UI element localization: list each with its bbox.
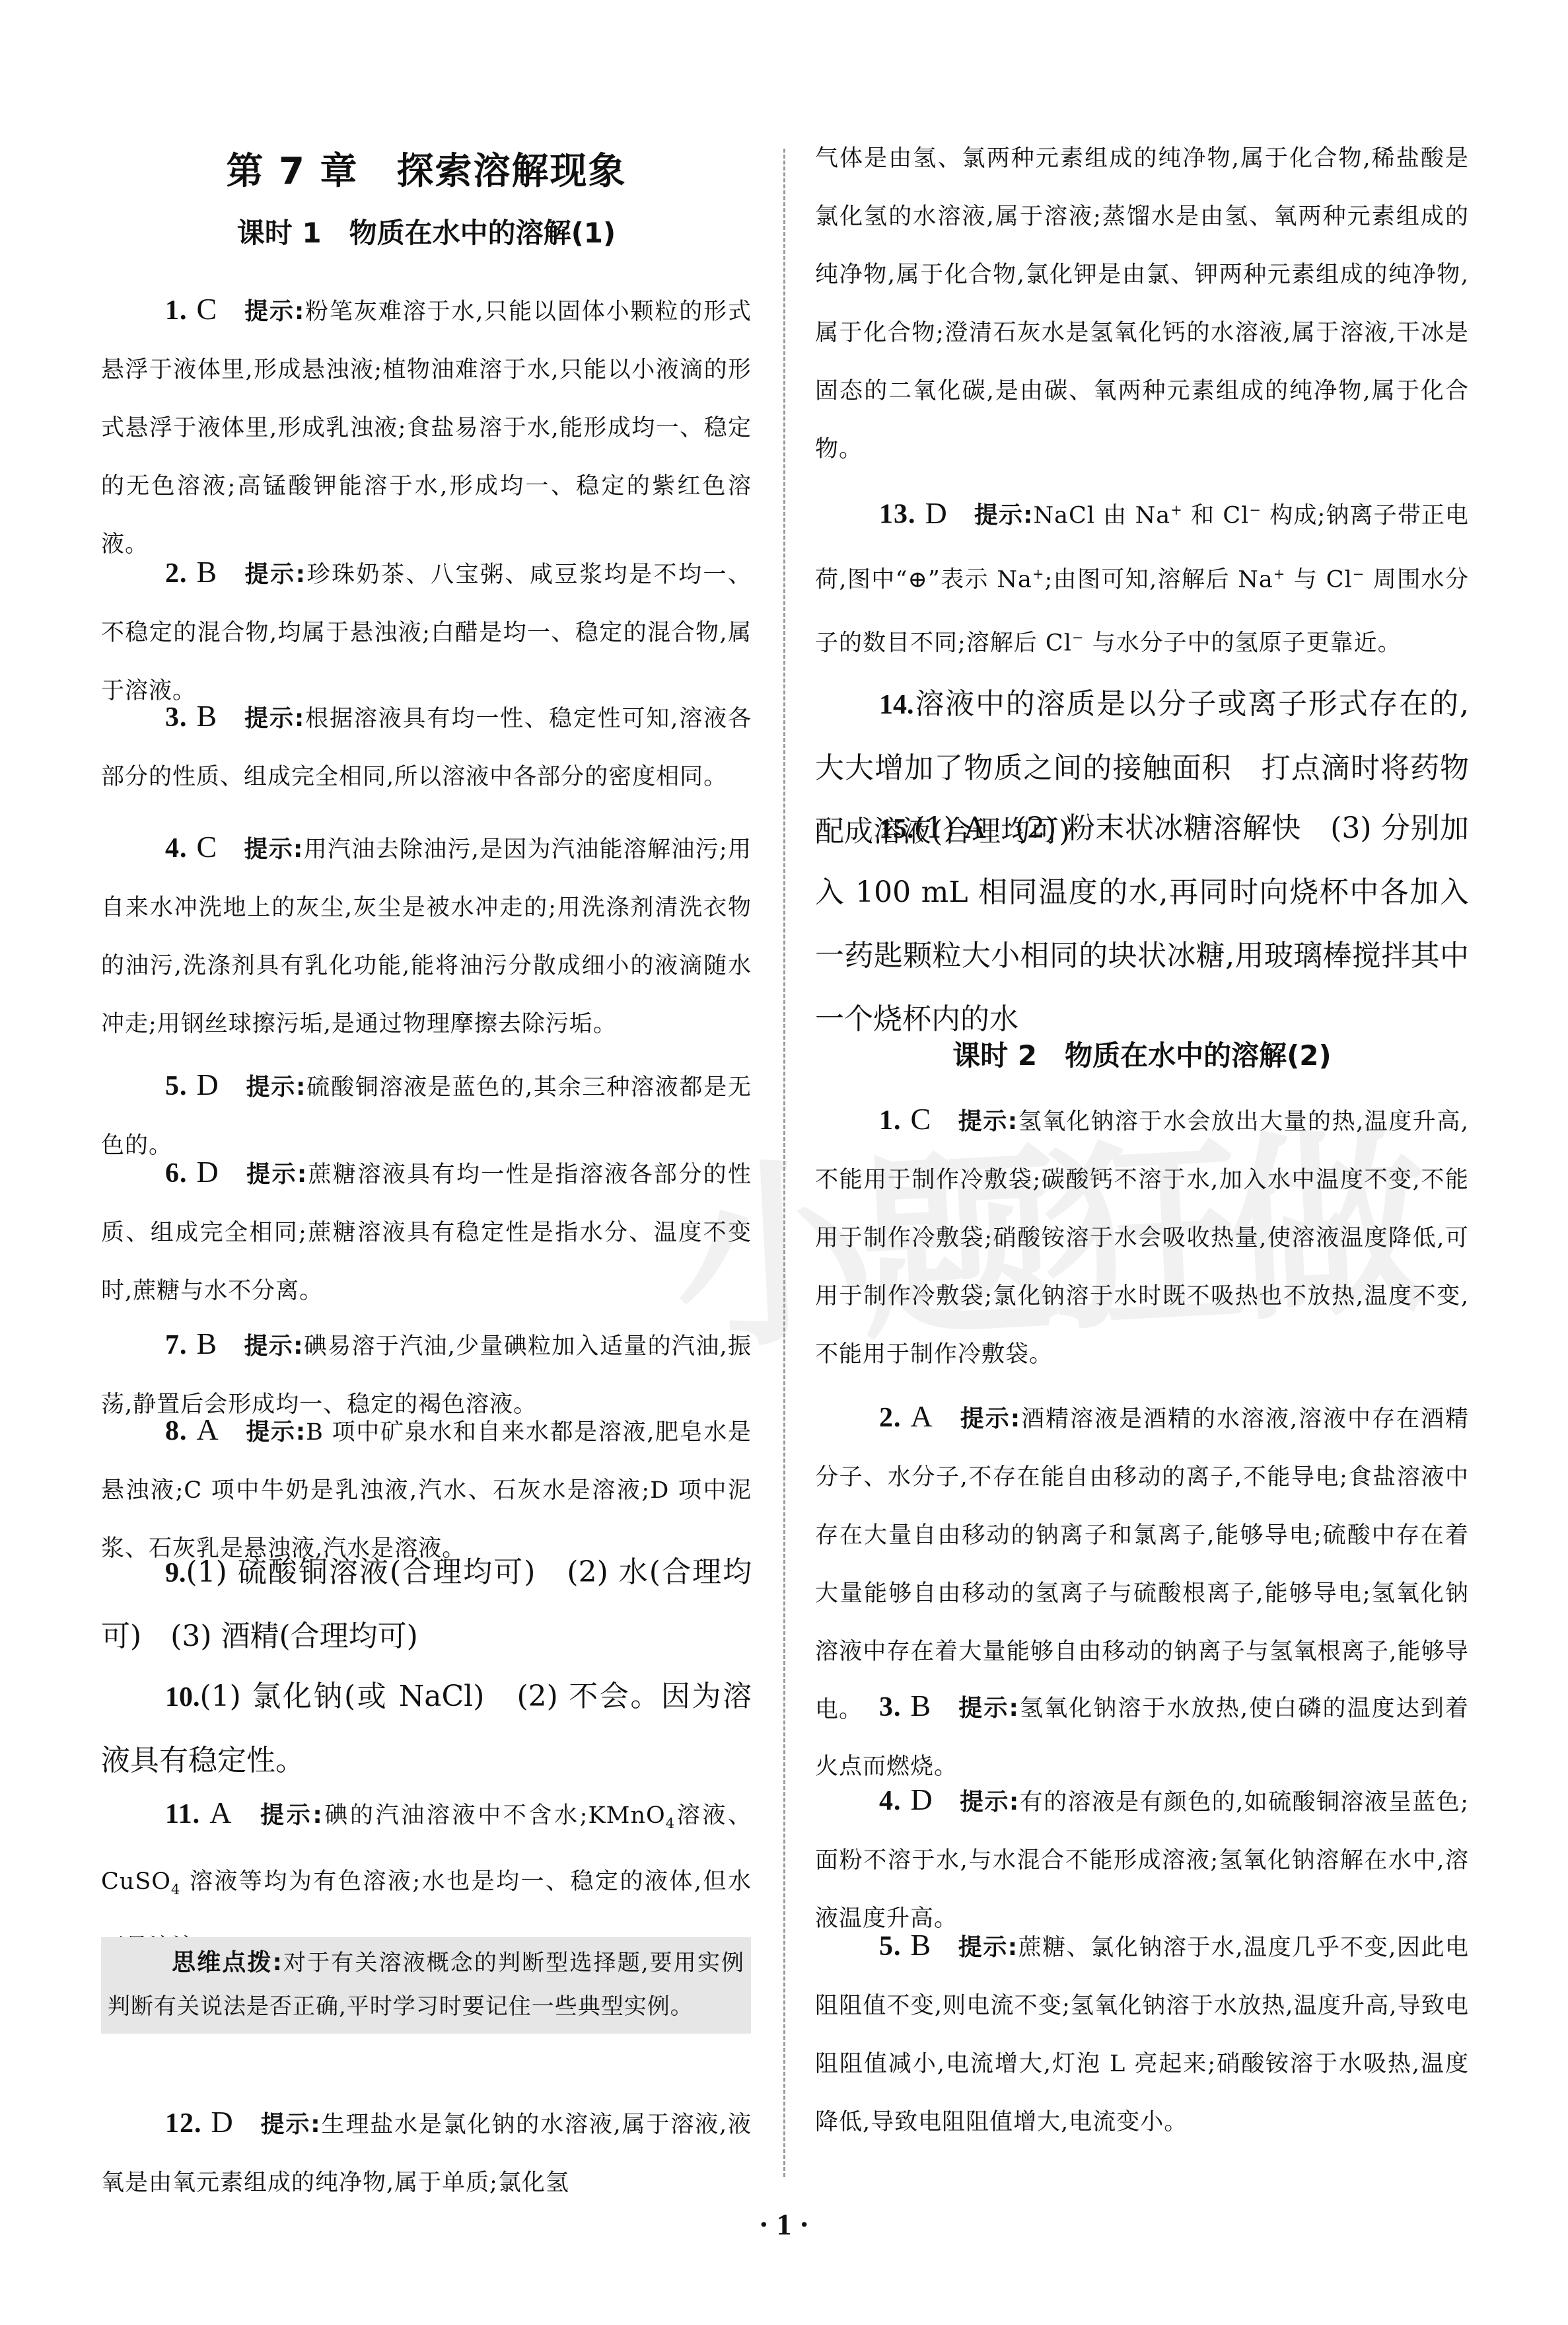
answer-item-9: 9.(1) 硫酸铜溶液(合理均可) (2) 水(合理均可) (3) 酒精(合理均… [101, 1541, 752, 1668]
item-answer: B [911, 1928, 932, 1962]
hint-label: 提示: [246, 1161, 308, 1188]
item-number: 14. [879, 690, 914, 720]
item-number: 3. [165, 702, 188, 733]
hint-label: 提示: [244, 836, 303, 863]
item-number: 2. [879, 1403, 902, 1433]
item-answer: A [911, 1399, 933, 1433]
item-number: 1. [165, 295, 188, 326]
item-number: 10. [165, 1682, 200, 1713]
lesson-1-title: 课时 1 物质在水中的溶解(1) [101, 211, 752, 251]
superscript: + [1170, 502, 1183, 518]
item-number: 13. [879, 499, 916, 530]
hint-label: 提示: [244, 1333, 303, 1360]
superscript: + [1273, 566, 1286, 582]
answer-item-3: 3.B提示:根据溶液具有均一性、稳定性可知,溶液各部分的性质、组成完全相同,所以… [101, 687, 752, 806]
item-number: 7. [165, 1330, 188, 1360]
subscript: 4 [171, 1882, 180, 1898]
item-number: 5. [879, 1931, 902, 1962]
item-answer: B [197, 555, 218, 589]
item-answer: D [211, 2105, 234, 2139]
answer-item-1: 1.C提示:粉笔灰难溶于水,只能以固体小颗粒的形式悬浮于液体里,形成悬浊液;植物… [101, 280, 752, 573]
item-answer: A [209, 1796, 232, 1829]
item-number: 2. [165, 558, 188, 589]
item-answer: C [911, 1102, 932, 1136]
item-number: 4. [879, 1786, 902, 1816]
subscript: 4 [666, 1816, 675, 1831]
answer-item-4: 4.C提示:用汽油去除油污,是因为汽油能溶解油污;用自来水冲洗地上的灰尘,灰尘是… [101, 818, 752, 1053]
hint-text: ;由图可知,溶解后 Na [1044, 566, 1273, 593]
item-number: 6. [165, 1158, 188, 1189]
item-answer: C [197, 830, 218, 864]
item-answer: C [197, 292, 218, 326]
lesson2-answer-item-5: 5.B提示:蔗糖、氯化钠溶于水,温度几乎不变,因此电阻阻值不变,则电流不变;氢氧… [815, 1916, 1469, 2151]
superscript: + [1032, 566, 1045, 582]
item-number: 8. [165, 1416, 188, 1446]
hint-label: 提示: [960, 1789, 1020, 1816]
document-page: 小题狂做 第 7 章 探索溶解现象 课时 1 物质在水中的溶解(1) 1.C提示… [0, 0, 1568, 2325]
item-answer: B [911, 1689, 932, 1722]
item-number: 1. [879, 1105, 902, 1136]
thinking-tip-box: 思维点拨:对于有关溶液概念的判断型选择题,要用实例判断有关说法是否正确,平时学习… [101, 1937, 751, 2034]
answer-item-13: 13.D提示:NaCl 由 Na+ 和 Cl− 构成;钠离子带正电荷,图中“⊕”… [815, 481, 1469, 673]
answer-item-6: 6.D提示:蔗糖溶液具有均一性是指溶液各部分的性质、组成完全相同;蔗糖溶液具有稳… [101, 1143, 752, 1320]
hint-text: NaCl 由 Na [1034, 503, 1171, 529]
item-number: 9. [165, 1558, 186, 1588]
hint-label: 提示: [244, 705, 304, 732]
item-text: (1) A (2) 粉末状冰糖溶解快 (3) 分别加入 100 mL 相同温度的… [815, 811, 1469, 1036]
answer-item-10: 10.(1) 氯化钠(或 NaCl) (2) 不会。因为溶液具有稳定性。 [101, 1665, 752, 1792]
hint-text: 蔗糖、氯化钠溶于水,温度几乎不变,因此电阻阻值不变,则电流不变;氢氧化钠溶于水放… [815, 1935, 1469, 2135]
hint-text: 用汽油去除油污,是因为汽油能溶解油污;用自来水冲洗地上的灰尘,灰尘是被水冲走的;… [101, 836, 752, 1037]
page-number: · 1 · [0, 2207, 1568, 2242]
item-answer: D [911, 1783, 933, 1816]
hint-label: 提示: [958, 1934, 1018, 1961]
item-answer: D [197, 1155, 219, 1189]
item-answer: D [197, 1068, 219, 1101]
hint-label: 提示: [974, 502, 1034, 529]
hint-label: 提示: [958, 1108, 1018, 1135]
item-number: 11. [165, 1799, 200, 1829]
item-number: 3. [879, 1692, 902, 1722]
hint-text: 与水分子中的氢原子更靠近。 [1085, 630, 1402, 657]
thinking-tip: 思维点拨:对于有关溶液概念的判断型选择题,要用实例判断有关说法是否正确,平时学习… [101, 1941, 751, 2028]
item-answer: B [197, 1327, 218, 1360]
item-number: 12. [165, 2108, 202, 2139]
hint-label: 提示: [258, 1802, 322, 1829]
item-answer: B [197, 699, 218, 733]
hint-text: 粉笔灰难溶于水,只能以固体小颗粒的形式悬浮于液体里,形成悬浊液;植物油难溶于水,… [101, 299, 752, 558]
hint-label: 提示: [244, 298, 304, 325]
item-answer: D [925, 496, 948, 530]
hint-label: 提示: [246, 1419, 306, 1446]
column-divider [783, 149, 785, 2177]
item-number: 5. [165, 1071, 188, 1101]
lesson-2-title: 课时 2 物质在水中的溶解(2) [815, 1034, 1469, 1074]
hint-text: 碘的汽油溶液中不含水;KMnO [323, 1802, 666, 1829]
superscript: − [1353, 566, 1365, 582]
hint-label: 提示: [958, 1695, 1019, 1722]
superscript: − [1072, 630, 1085, 646]
chapter-title: 第 7 章 探索溶解现象 [101, 142, 752, 195]
item-text: (1) 硫酸铜溶液(合理均可) (2) 水(合理均可) (3) 酒精(合理均可) [101, 1555, 752, 1653]
item-number: 15. [879, 814, 914, 844]
answer-item-12: 12.D提示:生理盐水是氯化钠的水溶液,属于溶液,液氧是由氧元素组成的纯净物,属… [101, 2093, 752, 2212]
hint-text: 与 Cl [1285, 566, 1352, 593]
hint-text: 氢氧化钠溶于水会放出大量的热,温度升高,不能用于制作冷敷袋;碳酸钙不溶于水,加入… [815, 1109, 1469, 1368]
hint-label: 提示: [244, 561, 306, 588]
answer-item-15: 15.(1) A (2) 粉末状冰糖溶解快 (3) 分别加入 100 mL 相同… [815, 797, 1469, 1051]
hint-text: 和 Cl [1183, 503, 1250, 529]
hint-text: 酒精溶液是酒精的水溶液,溶液中存在酒精分子、水分子,不存在能自由移动的离子,不能… [815, 1406, 1469, 1723]
superscript: − [1249, 502, 1262, 518]
item-answer: A [197, 1413, 219, 1446]
tip-label: 思维点拨: [172, 1949, 283, 1976]
hint-label: 提示: [960, 1405, 1020, 1432]
hint-label: 提示: [246, 1074, 306, 1101]
item-number: 4. [165, 833, 188, 864]
hint-label: 提示: [260, 2111, 321, 2138]
answer-item-12-continued: 气体是由氢、氯两种元素组成的纯净物,属于化合物,稀盐酸是氯化氢的水溶液,属于溶液… [815, 129, 1469, 478]
lesson2-answer-item-1: 1.C提示:氢氧化钠溶于水会放出大量的热,温度升高,不能用于制作冷敷袋;碳酸钙不… [815, 1090, 1469, 1384]
